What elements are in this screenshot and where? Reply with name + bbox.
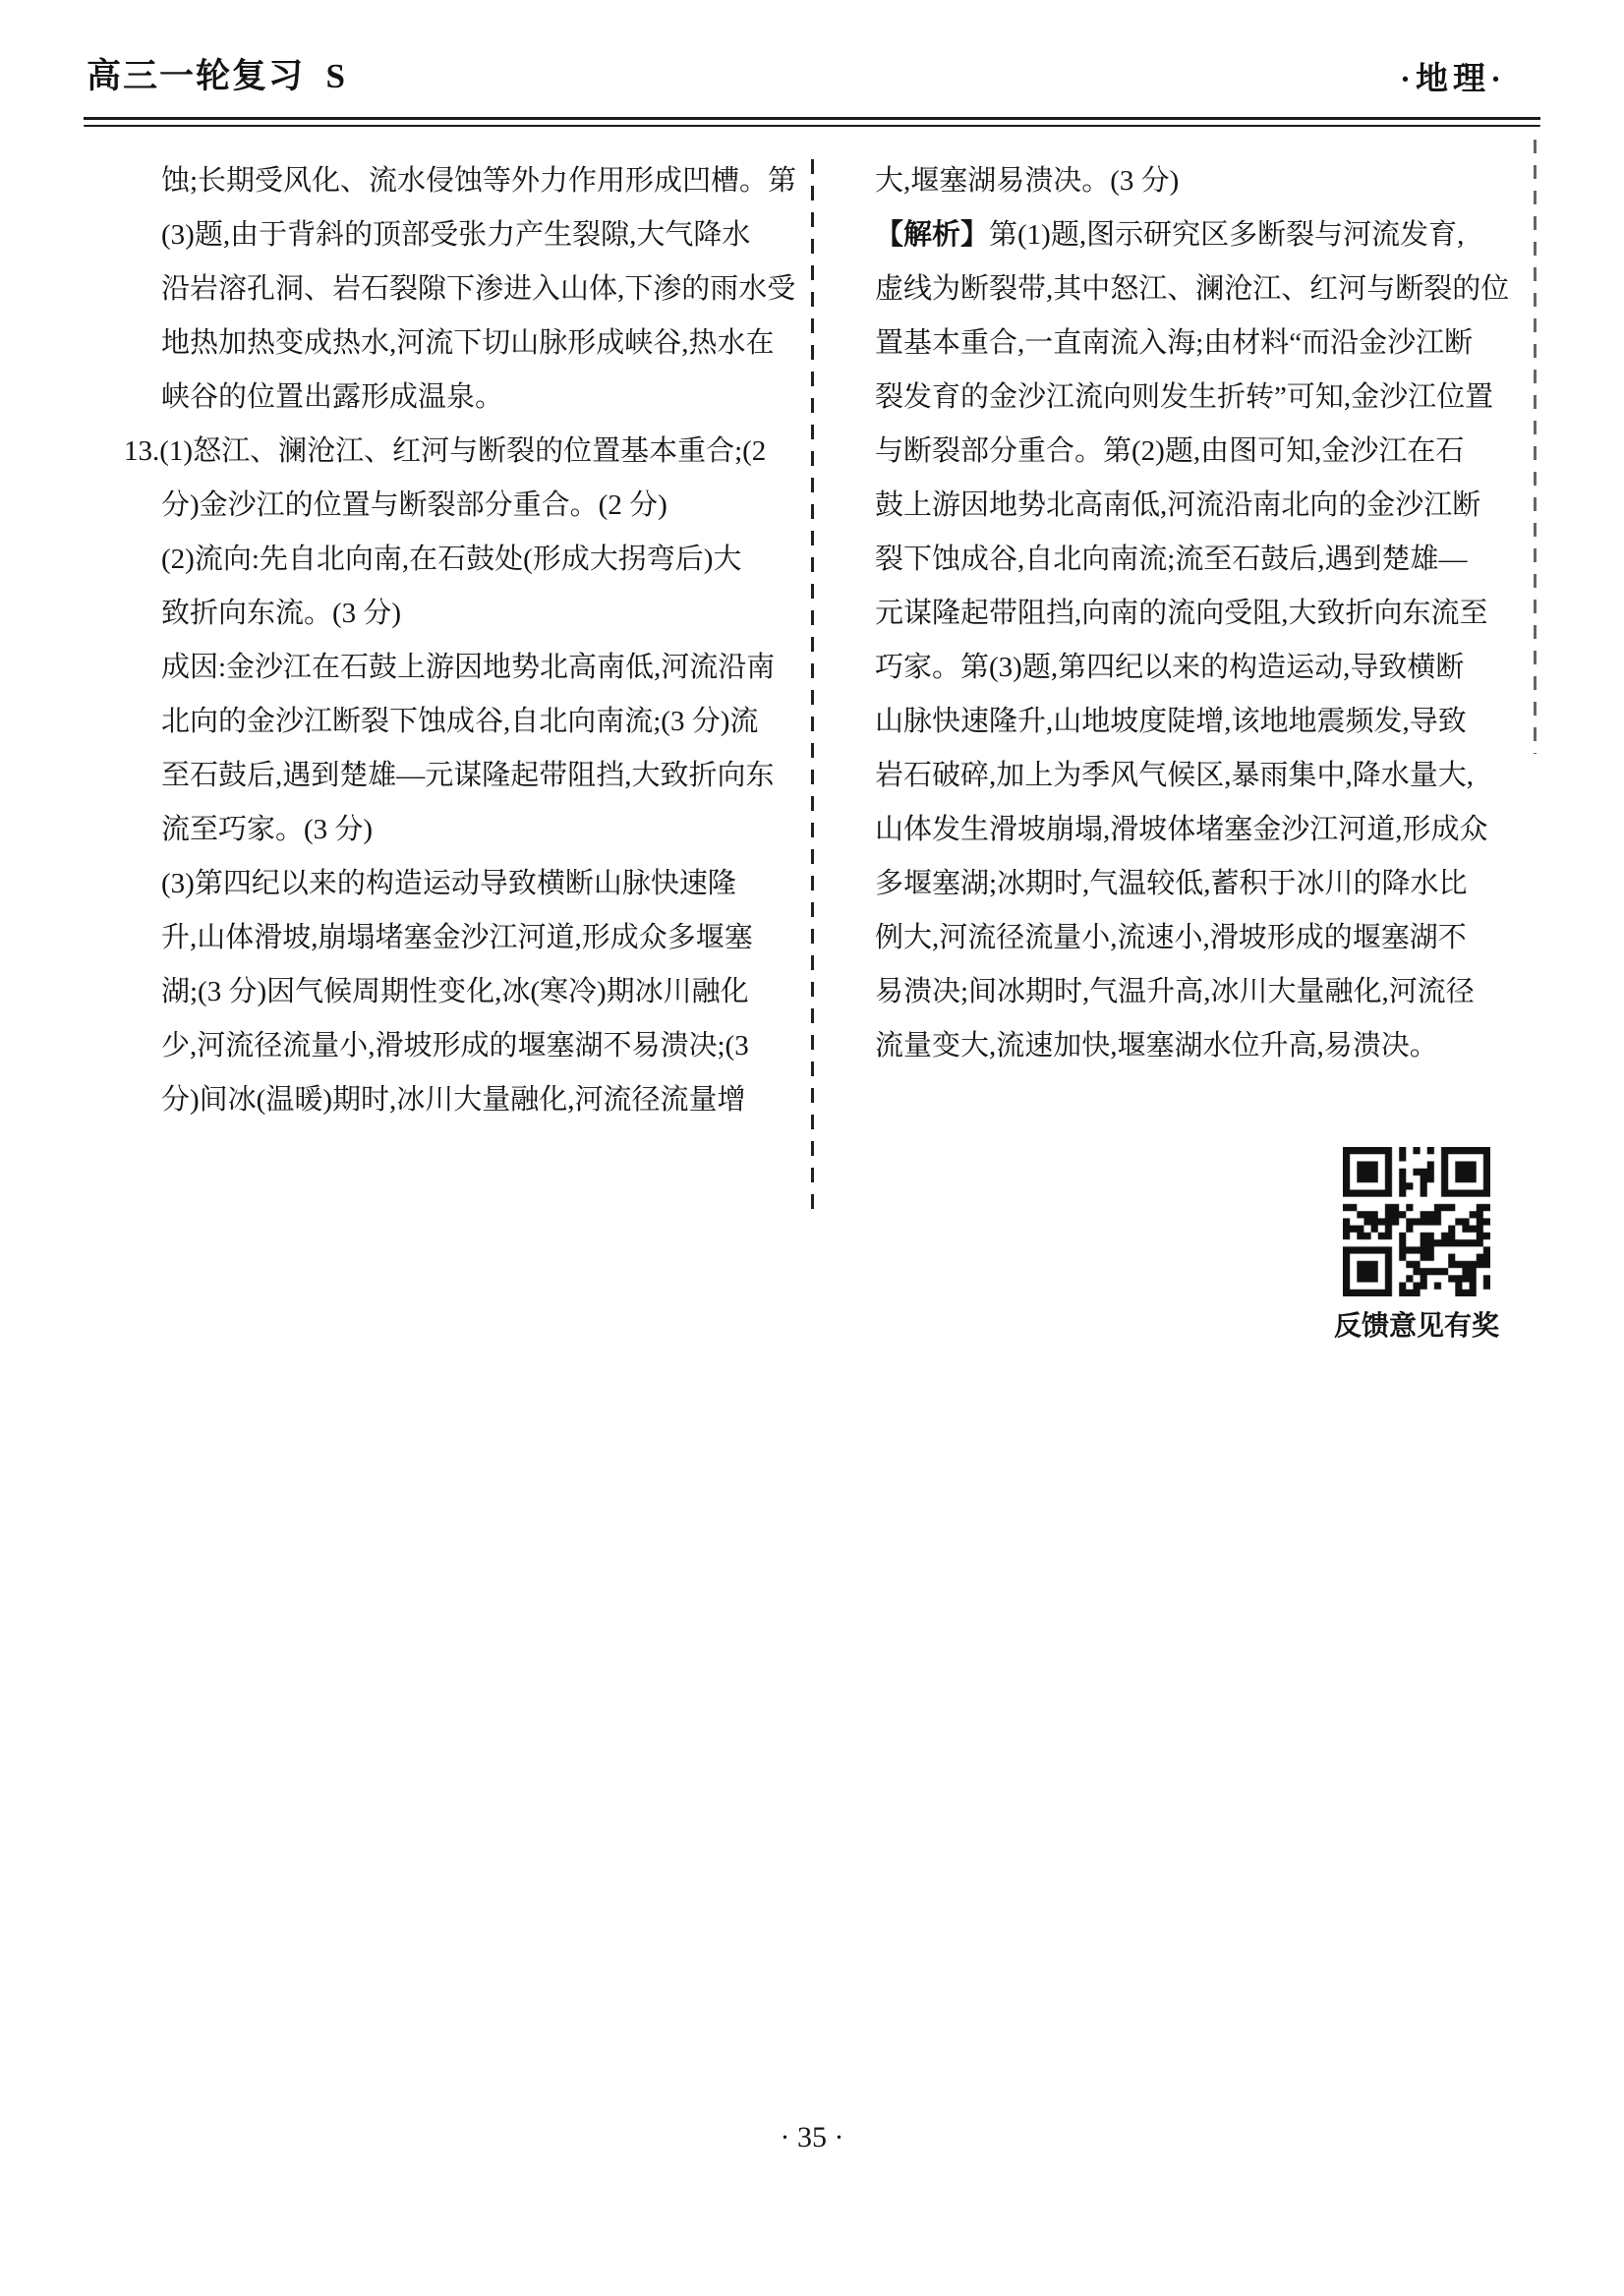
text-line: 成因:金沙江在石鼓上游因地势北高南低,河流沿南 bbox=[161, 641, 795, 695]
header-title-right: ·地理· bbox=[1400, 53, 1506, 99]
text-line: 流至巧家。(3 分) bbox=[161, 803, 795, 857]
text-line: 沿岩溶孔洞、岩石裂隙下渗进入山体,下渗的雨水受 bbox=[161, 262, 795, 316]
text-line: 分)间冰(温暖)期时,冰川大量融化,河流径流量增 bbox=[161, 1073, 795, 1127]
text-line: 峡谷的位置出露形成温泉。 bbox=[161, 371, 795, 425]
margin-dash-artifact bbox=[1534, 140, 1537, 754]
text-line: 蚀;长期受风化、流水侵蚀等外力作用形成凹槽。第 bbox=[161, 154, 795, 208]
left-column: 蚀;长期受风化、流水侵蚀等外力作用形成凹槽。第 (3)题,由于背斜的顶部受张力产… bbox=[161, 154, 795, 1127]
text-line: 升,山体滑坡,崩塌堵塞金沙江河道,形成众多堰塞 bbox=[161, 911, 795, 965]
text-line: 鼓上游因地势北高南低,河流沿南北向的金沙江断 bbox=[875, 479, 1519, 533]
text-line: (2)流向:先自北向南,在石鼓处(形成大拐弯后)大 bbox=[161, 533, 795, 587]
text-line: 流量变大,流速加快,堰塞湖水位升高,易溃决。 bbox=[875, 1019, 1519, 1073]
text-line: 山脉快速隆升,山地坡度陡增,该地地震频发,导致 bbox=[875, 695, 1519, 749]
text-line: 例大,河流径流量小,流速小,滑坡形成的堰塞湖不 bbox=[875, 911, 1519, 965]
text-line: 山体发生滑坡崩塌,滑坡体堵塞金沙江河道,形成众 bbox=[875, 803, 1519, 857]
text-line: 裂发育的金沙江流向则发生折转”可知,金沙江位置 bbox=[875, 371, 1519, 425]
page-number: · 35 · bbox=[0, 2121, 1624, 2154]
text-line: 湖;(3 分)因气候周期性变化,冰(寒冷)期冰川融化 bbox=[161, 965, 795, 1019]
analysis-label: 【解析】 bbox=[875, 219, 989, 251]
text-line-item-13: 13.(1)怒江、澜沧江、红河与断裂的位置基本重合;(2 bbox=[161, 425, 795, 479]
text-line: 与断裂部分重合。第(2)题,由图可知,金沙江在石 bbox=[875, 425, 1519, 479]
text-line: 至石鼓后,遇到楚雄—元谋隆起带阻挡,大致折向东 bbox=[161, 749, 795, 803]
header-rule-thick bbox=[84, 117, 1540, 120]
right-column: 大,堰塞湖易溃决。(3 分) 【解析】第(1)题,图示研究区多断裂与河流发育, … bbox=[875, 154, 1519, 1073]
text-line: 分)金沙江的位置与断裂部分重合。(2 分) bbox=[161, 479, 795, 533]
qr-label: 反馈意见有奖 bbox=[1323, 1304, 1510, 1344]
page: 高三一轮复习 S ·地理· 蚀;长期受风化、流水侵蚀等外力作用形成凹槽。第 (3… bbox=[0, 0, 1624, 2296]
text-line: 易溃决;间冰期时,气温升高,冰川大量融化,河流径 bbox=[875, 965, 1519, 1019]
text-line: (3)第四纪以来的构造运动导致横断山脉快速隆 bbox=[161, 857, 795, 911]
text-line: 少,河流径流量小,滑坡形成的堰塞湖不易溃决;(3 bbox=[161, 1019, 795, 1073]
text-line: 地热加热变成热水,河流下切山脉形成峡谷,热水在 bbox=[161, 316, 795, 371]
text-line: 元谋隆起带阻挡,向南的流向受阻,大致折向东流至 bbox=[875, 587, 1519, 641]
text-line: 岩石破碎,加上为季风气候区,暴雨集中,降水量大, bbox=[875, 749, 1519, 803]
text-line: 北向的金沙江断裂下蚀成谷,自北向南流;(3 分)流 bbox=[161, 695, 795, 749]
text-line: 致折向东流。(3 分) bbox=[161, 587, 795, 641]
column-divider bbox=[811, 159, 814, 1219]
analysis-line: 【解析】第(1)题,图示研究区多断裂与河流发育, bbox=[875, 208, 1519, 262]
text-line: 虚线为断裂带,其中怒江、澜沧江、红河与断裂的位 bbox=[875, 262, 1519, 316]
text-line: 大,堰塞湖易溃决。(3 分) bbox=[875, 154, 1519, 208]
text-line: (3)题,由于背斜的顶部受张力产生裂隙,大气降水 bbox=[161, 208, 795, 262]
qr-code bbox=[1343, 1147, 1490, 1296]
header-title-left: 高三一轮复习 S bbox=[87, 49, 347, 98]
text-line: 巧家。第(3)题,第四纪以来的构造运动,导致横断 bbox=[875, 641, 1519, 695]
text-line: 裂下蚀成谷,自北向南流;流至石鼓后,遇到楚雄— bbox=[875, 533, 1519, 587]
analysis-text: 第(1)题,图示研究区多断裂与河流发育, bbox=[989, 219, 1464, 251]
text-line: 多堰塞湖;冰期时,气温较低,蓄积于冰川的降水比 bbox=[875, 857, 1519, 911]
header-rule-thin bbox=[84, 125, 1540, 127]
text-line: 置基本重合,一直南流入海;由材料“而沿金沙江断 bbox=[875, 316, 1519, 371]
